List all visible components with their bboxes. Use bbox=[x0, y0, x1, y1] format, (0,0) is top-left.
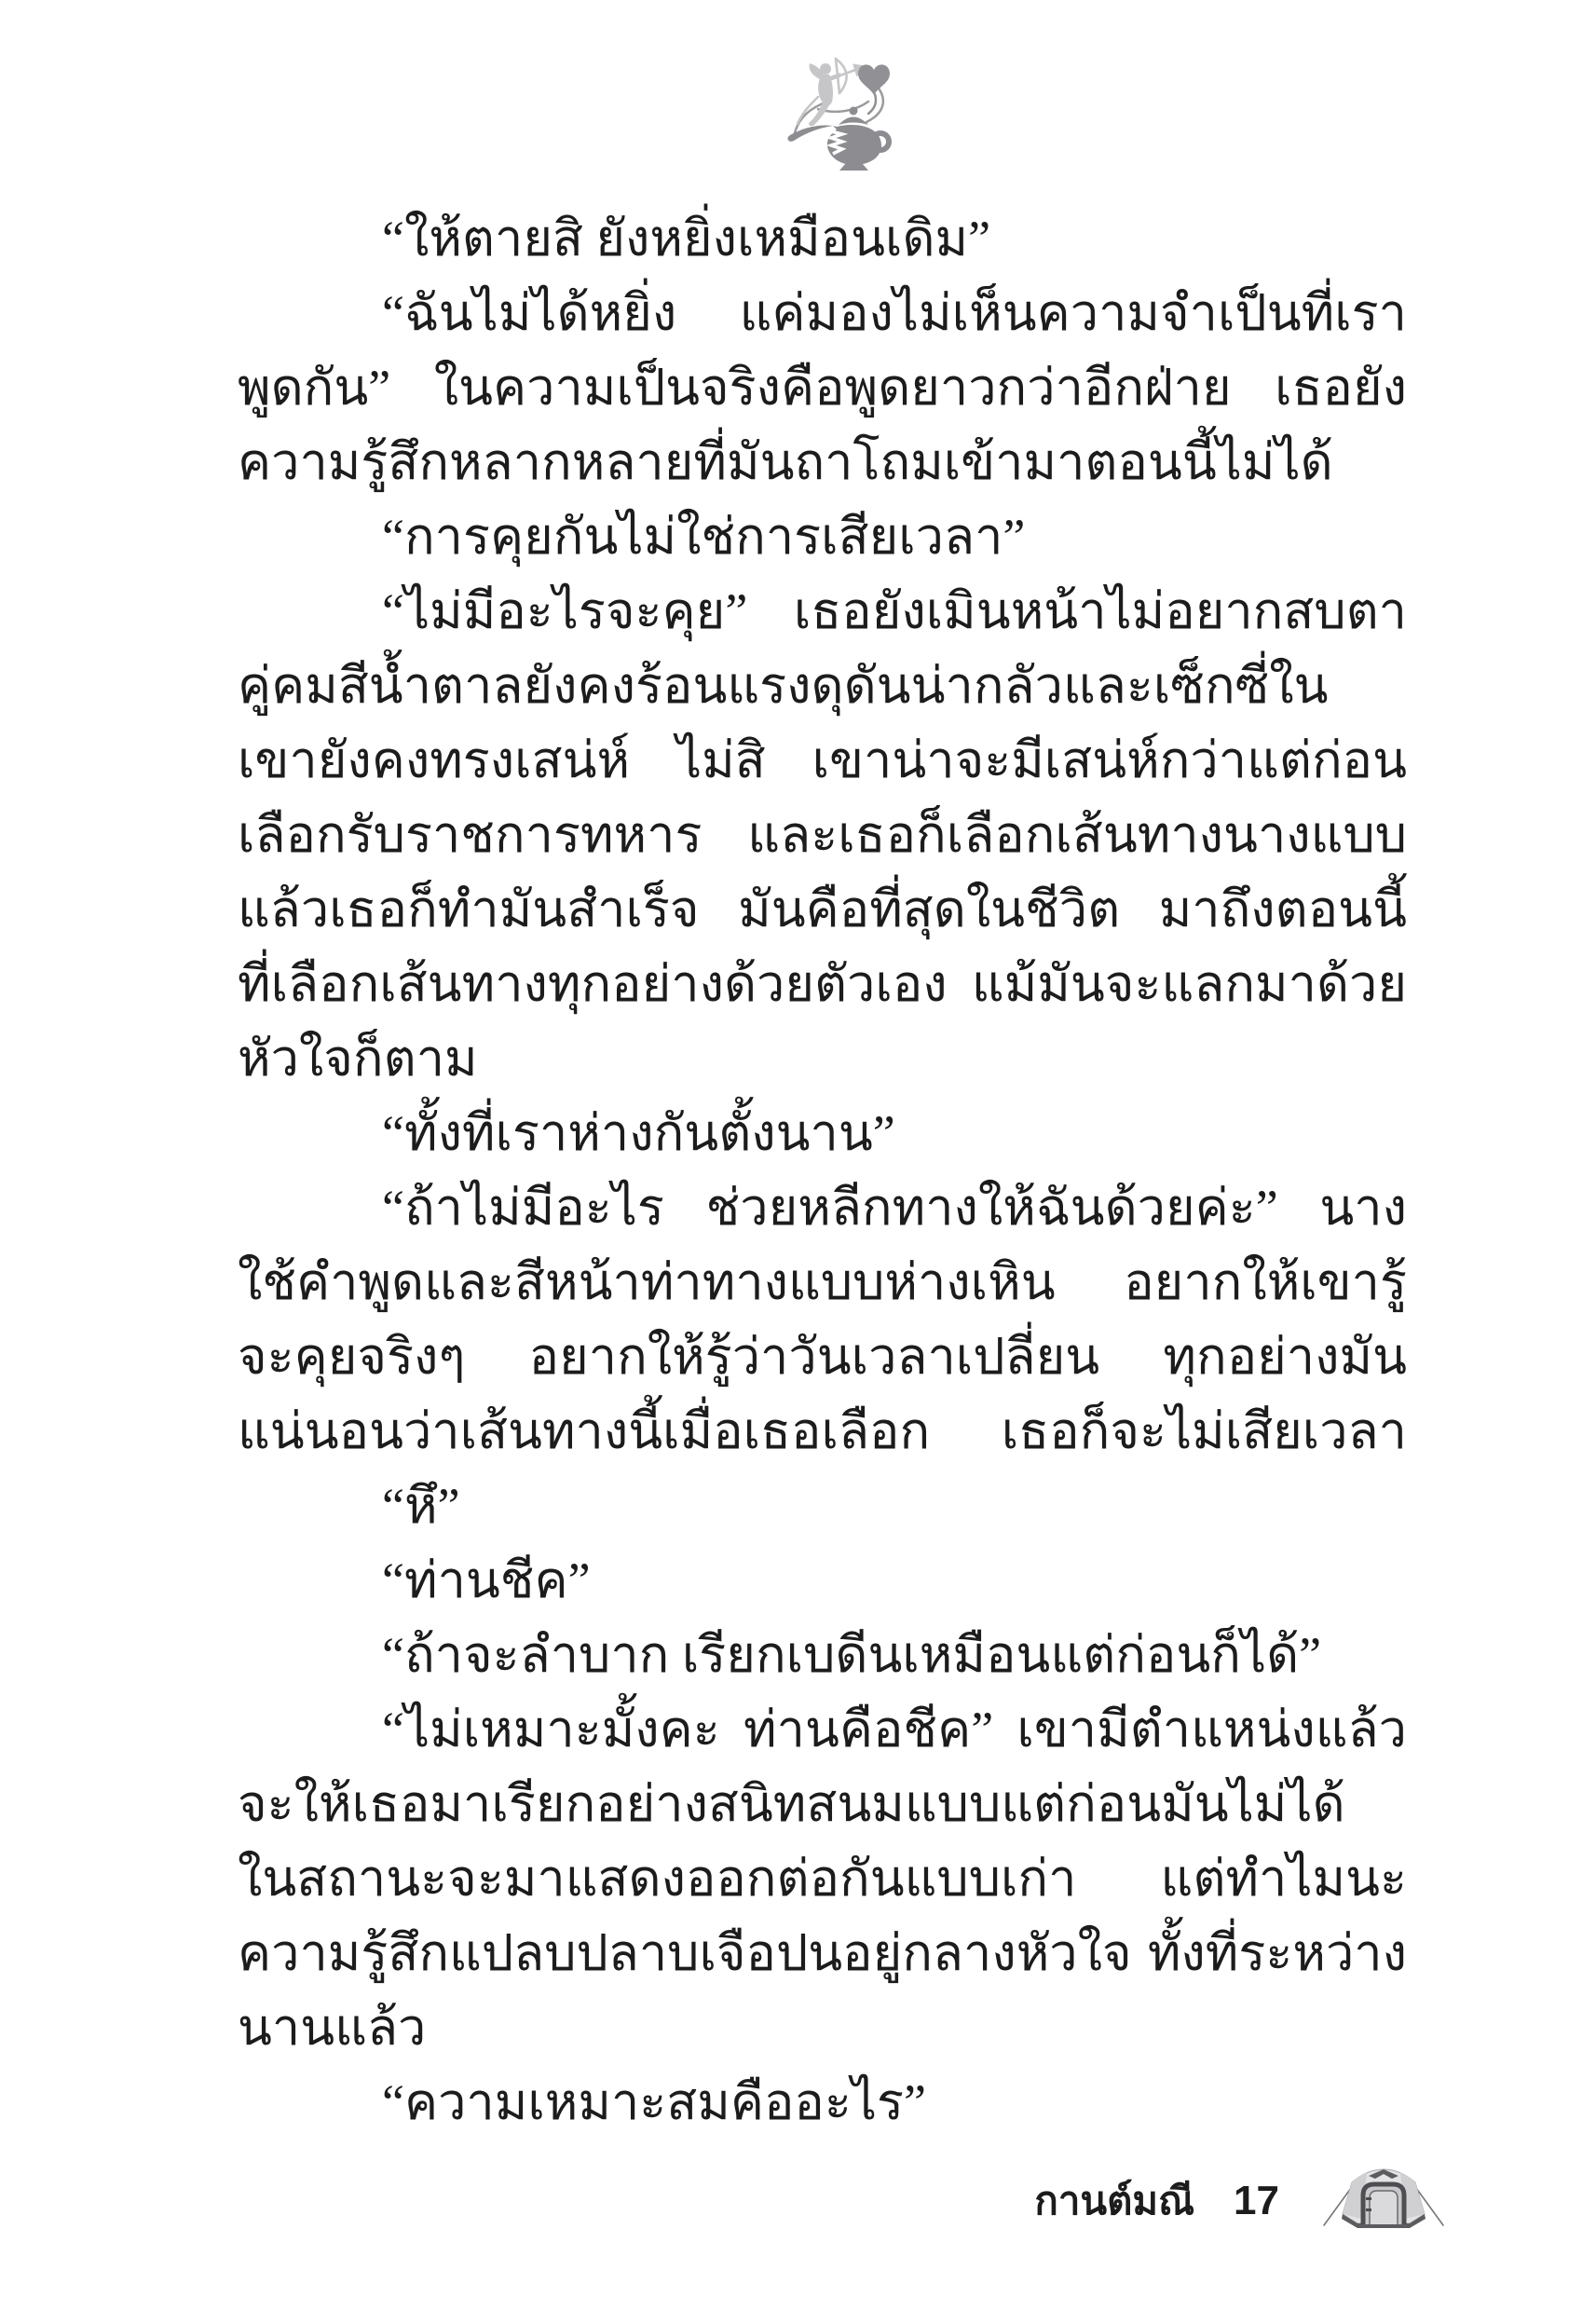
text-line: หัวใจก็ตาม bbox=[238, 1021, 1407, 1096]
text-line: “ทั้งที่เราห่างกันตั้งนาน” bbox=[238, 1096, 1407, 1170]
tent-icon bbox=[1320, 2166, 1447, 2236]
book-page: “ให้ตายสิ ยังหยิ่งเหมือนเดิม”“ฉันไม่ได้ห… bbox=[0, 0, 1596, 2311]
text-line: ความรู้สึกแปลบปลาบเจือปนอยู่กลางหัวใจ ทั… bbox=[238, 1916, 1407, 1990]
text-line: จะให้เธอมาเรียกอย่างสนิทสนมแบบแต่ก่อนมัน… bbox=[238, 1767, 1407, 1841]
page-footer: กานต์มณี 17 bbox=[0, 2164, 1447, 2238]
text-line: ในสถานะจะมาแสดงออกต่อกันแบบเก่า แต่ทำไมน… bbox=[238, 1841, 1407, 1916]
text-line: “ไม่เหมาะมั้งคะ ท่านคือชีค” เขามีตำแหน่ง… bbox=[238, 1692, 1407, 1767]
text-line: “ความเหมาะสมคืออะไร” bbox=[238, 2065, 1407, 2140]
text-line: ใช้คำพูดและสีหน้าท่าทางแบบห่างเหิน อยากใ… bbox=[238, 1245, 1407, 1320]
text-block: “ให้ตายสิ ยังหยิ่งเหมือนเดิม”“ฉันไม่ได้ห… bbox=[238, 201, 1407, 2140]
text-line: “ฉันไม่ได้หยิ่ง แค่มองไม่เห็นความจำเป็นท… bbox=[238, 276, 1407, 350]
text-line: “หึ” bbox=[238, 1469, 1407, 1543]
footer-book-title: กานต์มณี bbox=[1034, 2170, 1194, 2232]
text-line: “ท่านชีค” bbox=[238, 1543, 1407, 1618]
text-line: นานแล้ว bbox=[238, 1990, 1407, 2065]
cupid-genie-lamp-ornament-icon bbox=[784, 54, 894, 171]
text-line: เขายังคงทรงเสน่ห์ ไม่สิ เขาน่าจะมีเสน่ห์… bbox=[238, 723, 1407, 798]
text-line: คู่คมสีน้ำตาลยังคงร้อนแรงดุดันน่ากลัวและ… bbox=[238, 649, 1407, 723]
text-line: พูดกัน” ในความเป็นจริงคือพูดยาวกว่าอีกฝ่… bbox=[238, 350, 1407, 425]
text-line: จะคุยจริงๆ อยากให้รู้ว่าวันเวลาเปลี่ยน ท… bbox=[238, 1320, 1407, 1394]
text-line: “ให้ตายสิ ยังหยิ่งเหมือนเดิม” bbox=[238, 201, 1407, 276]
text-line: “ถ้าไม่มีอะไร ช่วยหลีกทางให้ฉันด้วยค่ะ” … bbox=[238, 1170, 1407, 1245]
footer-page-number: 17 bbox=[1234, 2178, 1279, 2224]
text-line: ความรู้สึกหลากหลายที่มันถาโถมเข้ามาตอนนี… bbox=[238, 425, 1407, 499]
text-line: เลือกรับราชการทหาร และเธอก็เลือกเส้นทางน… bbox=[238, 798, 1407, 872]
text-line: แล้วเธอก็ทำมันสำเร็จ มันคือที่สุดในชีวิต… bbox=[238, 872, 1407, 947]
text-line: “ไม่มีอะไรจะคุย” เธอยังเมินหน้าไม่อยากสบ… bbox=[238, 574, 1407, 649]
text-line: ที่เลือกเส้นทางทุกอย่างด้วยตัวเอง แม้มัน… bbox=[238, 947, 1407, 1021]
text-line: “ถ้าจะลำบาก เรียกเบดีนเหมือนแต่ก่อนก็ได้… bbox=[238, 1618, 1407, 1692]
text-line: แน่นอนว่าเส้นทางนี้เมื่อเธอเลือก เธอก็จะ… bbox=[238, 1394, 1407, 1469]
text-line: “การคุยกันไม่ใช่การเสียเวลา” bbox=[238, 499, 1407, 574]
